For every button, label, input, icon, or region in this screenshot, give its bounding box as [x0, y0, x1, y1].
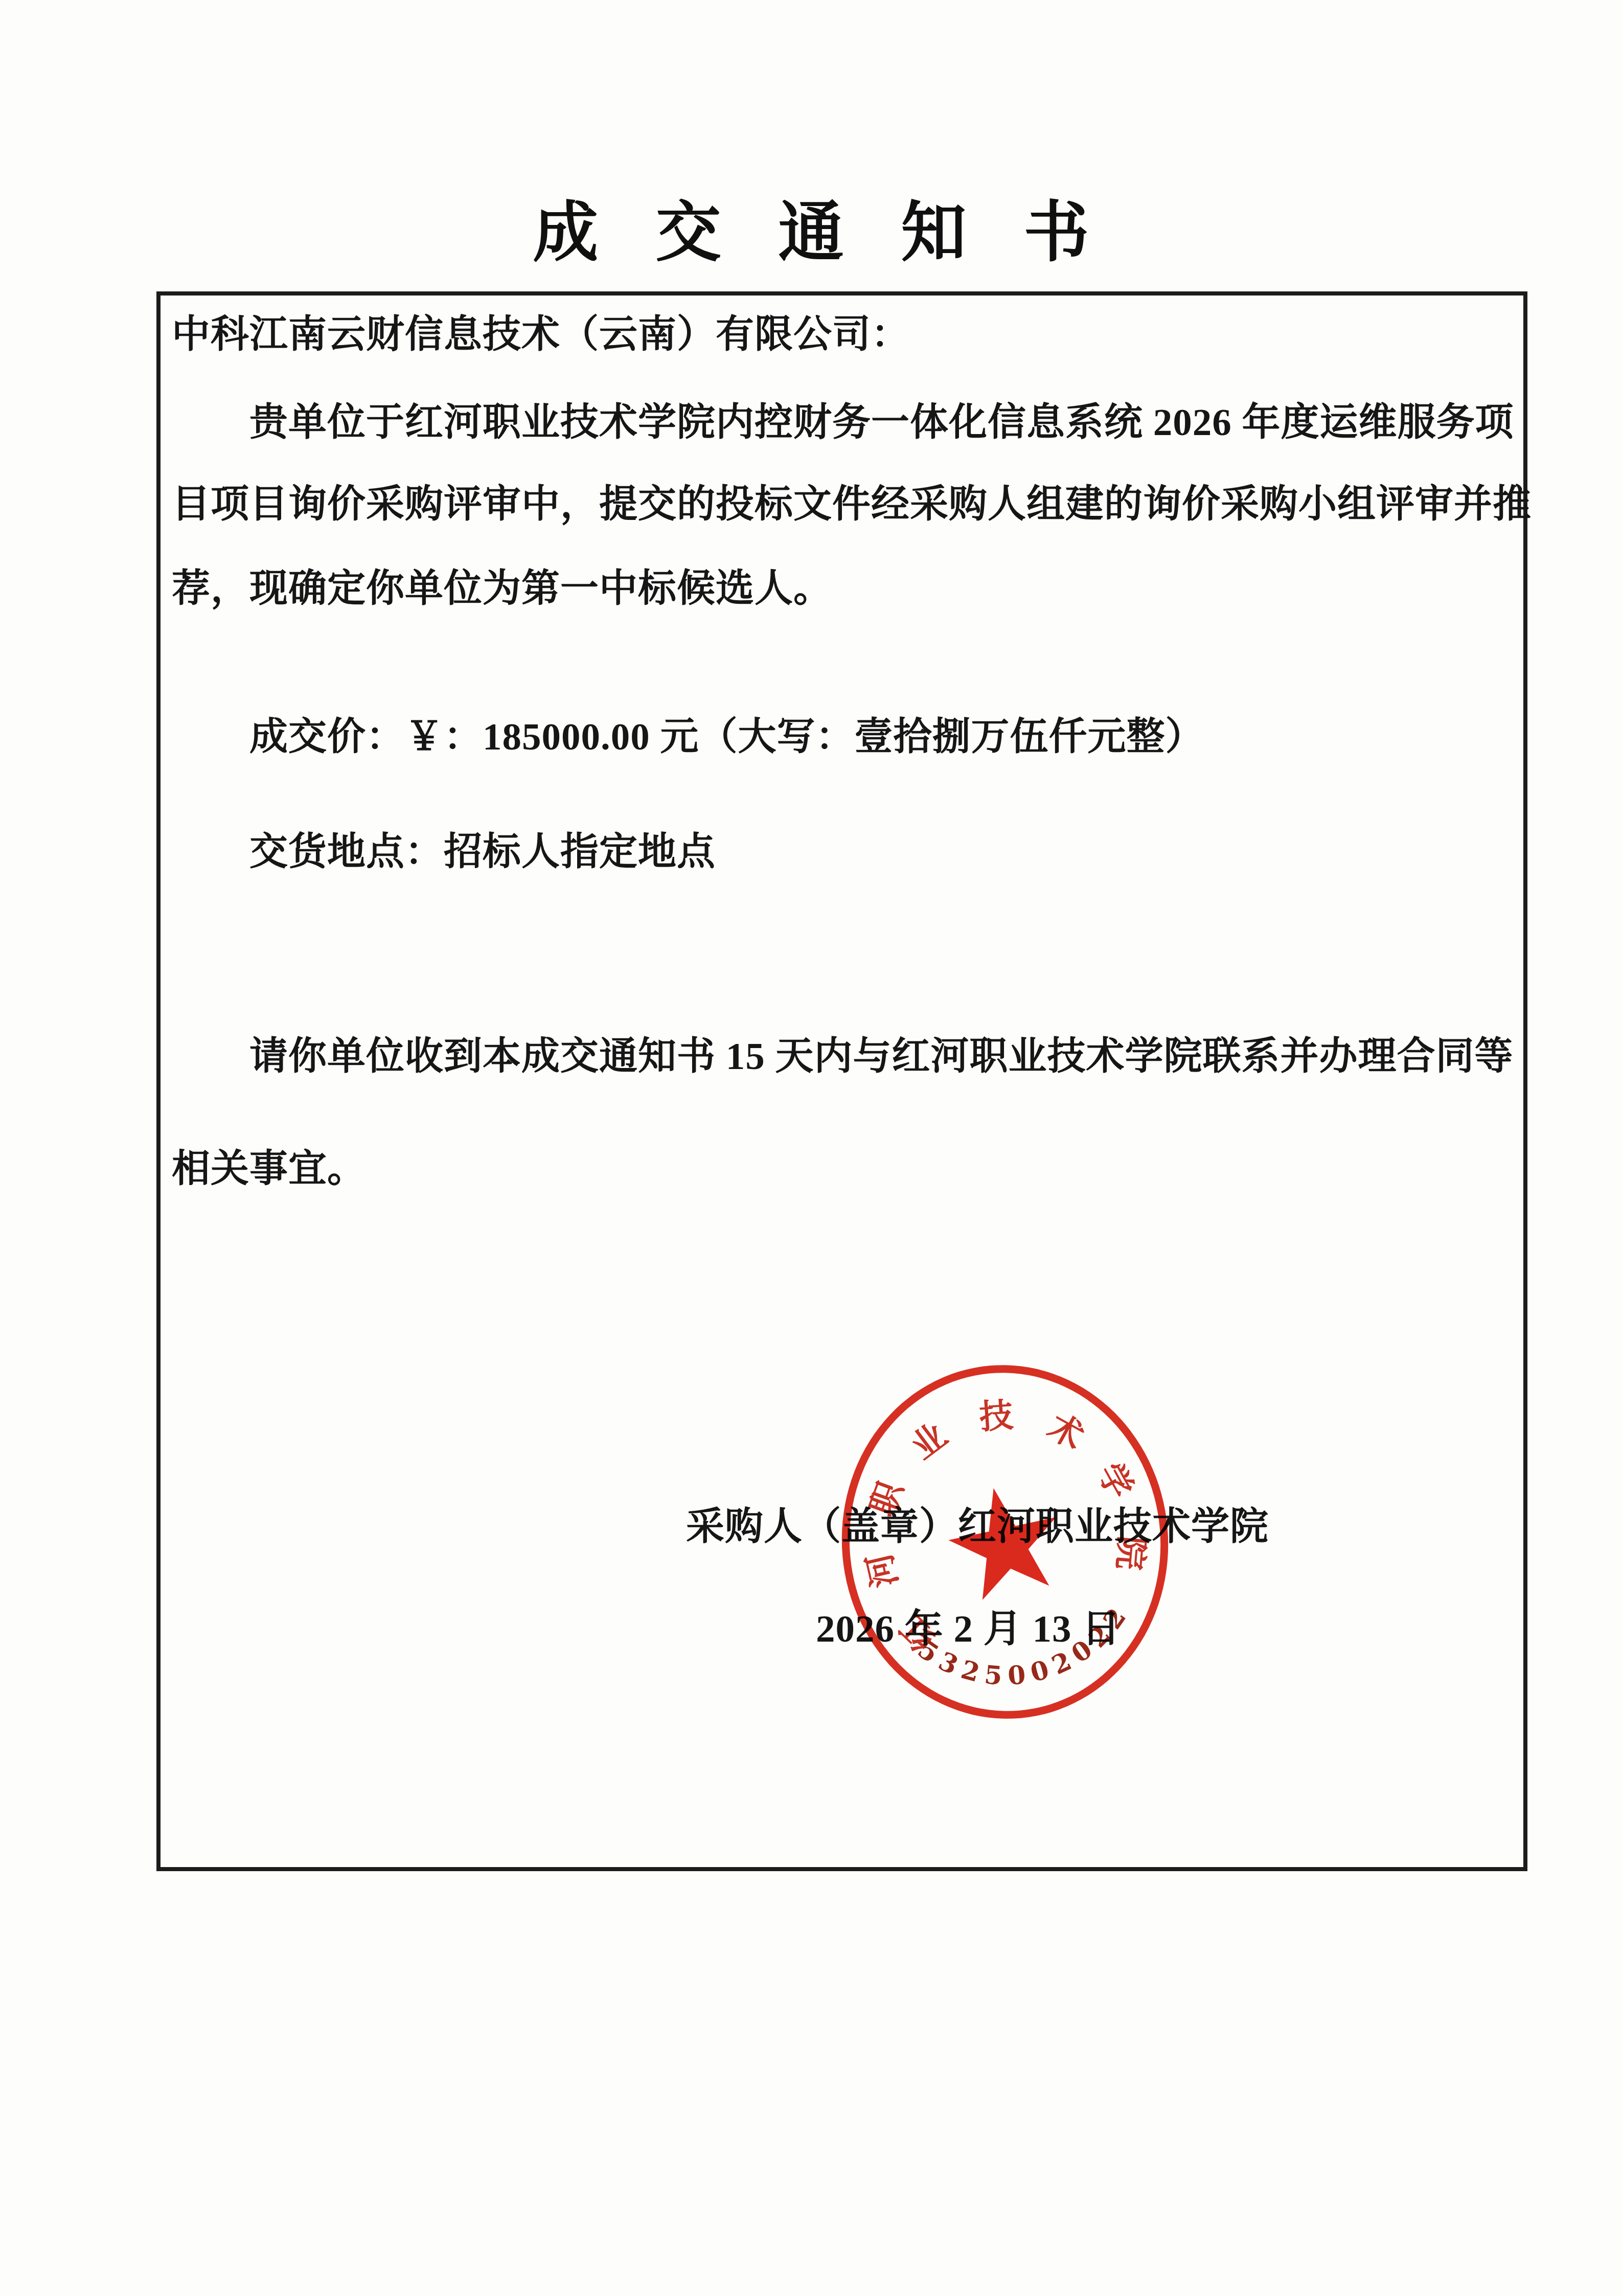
deal-price-line: 成交价：￥：185000.00 元（大写：壹拾捌万伍仟元整）: [172, 714, 1204, 760]
seal-arc-char: 技: [978, 1399, 1014, 1435]
notice-line-1: 请你单位收到本成交通知书 15 天内与红河职业技术学院联系并办理合同等: [172, 1034, 1514, 1080]
red-star-icon: [937, 1474, 1073, 1610]
seal-serial-digit: 5: [984, 1662, 1003, 1689]
body-paragraph-line-1: 贵单位于红河职业技术学院内控财务一体化信息系统 2026 年度运维服务项: [172, 400, 1514, 446]
content-border-box: 中科江南云财信息技术（云南）有限公司： 贵单位于红河职业技术学院内控财务一体化信…: [156, 291, 1527, 1871]
seal-serial-digit: 0: [1007, 1662, 1026, 1689]
official-seal: 红河职业技术学院5325002022: [822, 1359, 1188, 1725]
body-paragraph-line-2: 目项目询价采购评审中，提交的投标文件经采购人组建的询价采购小组评审并推: [172, 482, 1532, 528]
notice-line-2: 相关事宜。: [172, 1146, 366, 1192]
body-paragraph-line-3: 荐，现确定你单位为第一中标候选人。: [172, 566, 832, 612]
document-page: 成 交 通 知 书 中科江南云财信息技术（云南）有限公司： 贵单位于红河职业技术…: [0, 0, 1622, 2296]
document-title: 成 交 通 知 书: [0, 180, 1622, 274]
delivery-location-line: 交货地点：招标人指定地点: [172, 829, 716, 875]
recipient-line: 中科江南云财信息技术（云南）有限公司：: [172, 312, 910, 358]
seal-arc-char: 院: [1111, 1535, 1148, 1572]
